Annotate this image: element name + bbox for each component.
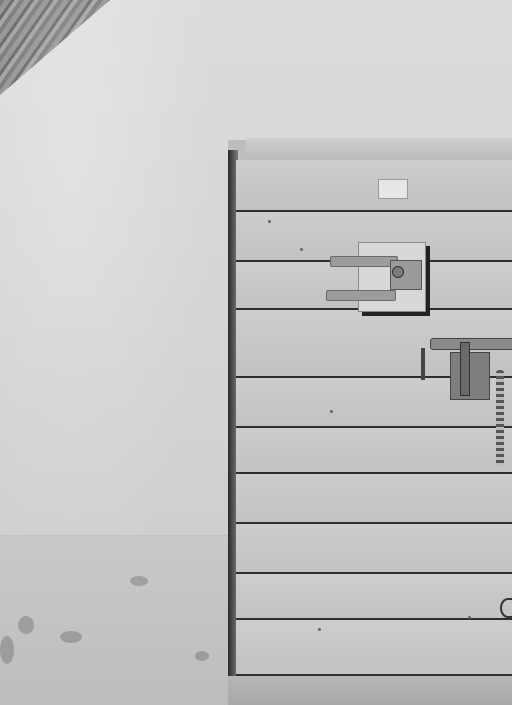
plank-door[interactable] <box>236 160 512 680</box>
door-threshold <box>228 676 512 705</box>
stain <box>195 651 209 661</box>
door-plank <box>236 474 512 524</box>
nail-head <box>330 410 333 413</box>
door-plank <box>236 620 512 676</box>
bolt-handle[interactable] <box>460 342 470 396</box>
door-plank <box>236 574 512 620</box>
hatch-hinge-strap <box>326 290 396 301</box>
nail-head <box>268 220 271 223</box>
photo-scene <box>0 0 512 705</box>
nail-head <box>300 248 303 251</box>
door-plank <box>236 524 512 574</box>
stain <box>18 616 34 634</box>
stain <box>0 636 14 664</box>
stain <box>60 631 82 643</box>
hanging-chain <box>496 370 504 466</box>
door-bolt-bar[interactable] <box>430 338 512 350</box>
nail-head <box>318 628 321 631</box>
hatch-hinge-strap <box>330 256 398 267</box>
bolt-keeper-plate <box>450 352 490 400</box>
hatch-knob[interactable] <box>392 266 404 278</box>
door-plank <box>236 428 512 474</box>
stain <box>130 576 148 586</box>
nail-head <box>468 616 471 619</box>
iron-peg <box>421 348 425 380</box>
door-plank <box>236 160 512 212</box>
door-ring[interactable] <box>500 598 512 618</box>
small-hinge-plate <box>378 179 408 199</box>
plinth-band <box>0 535 232 705</box>
